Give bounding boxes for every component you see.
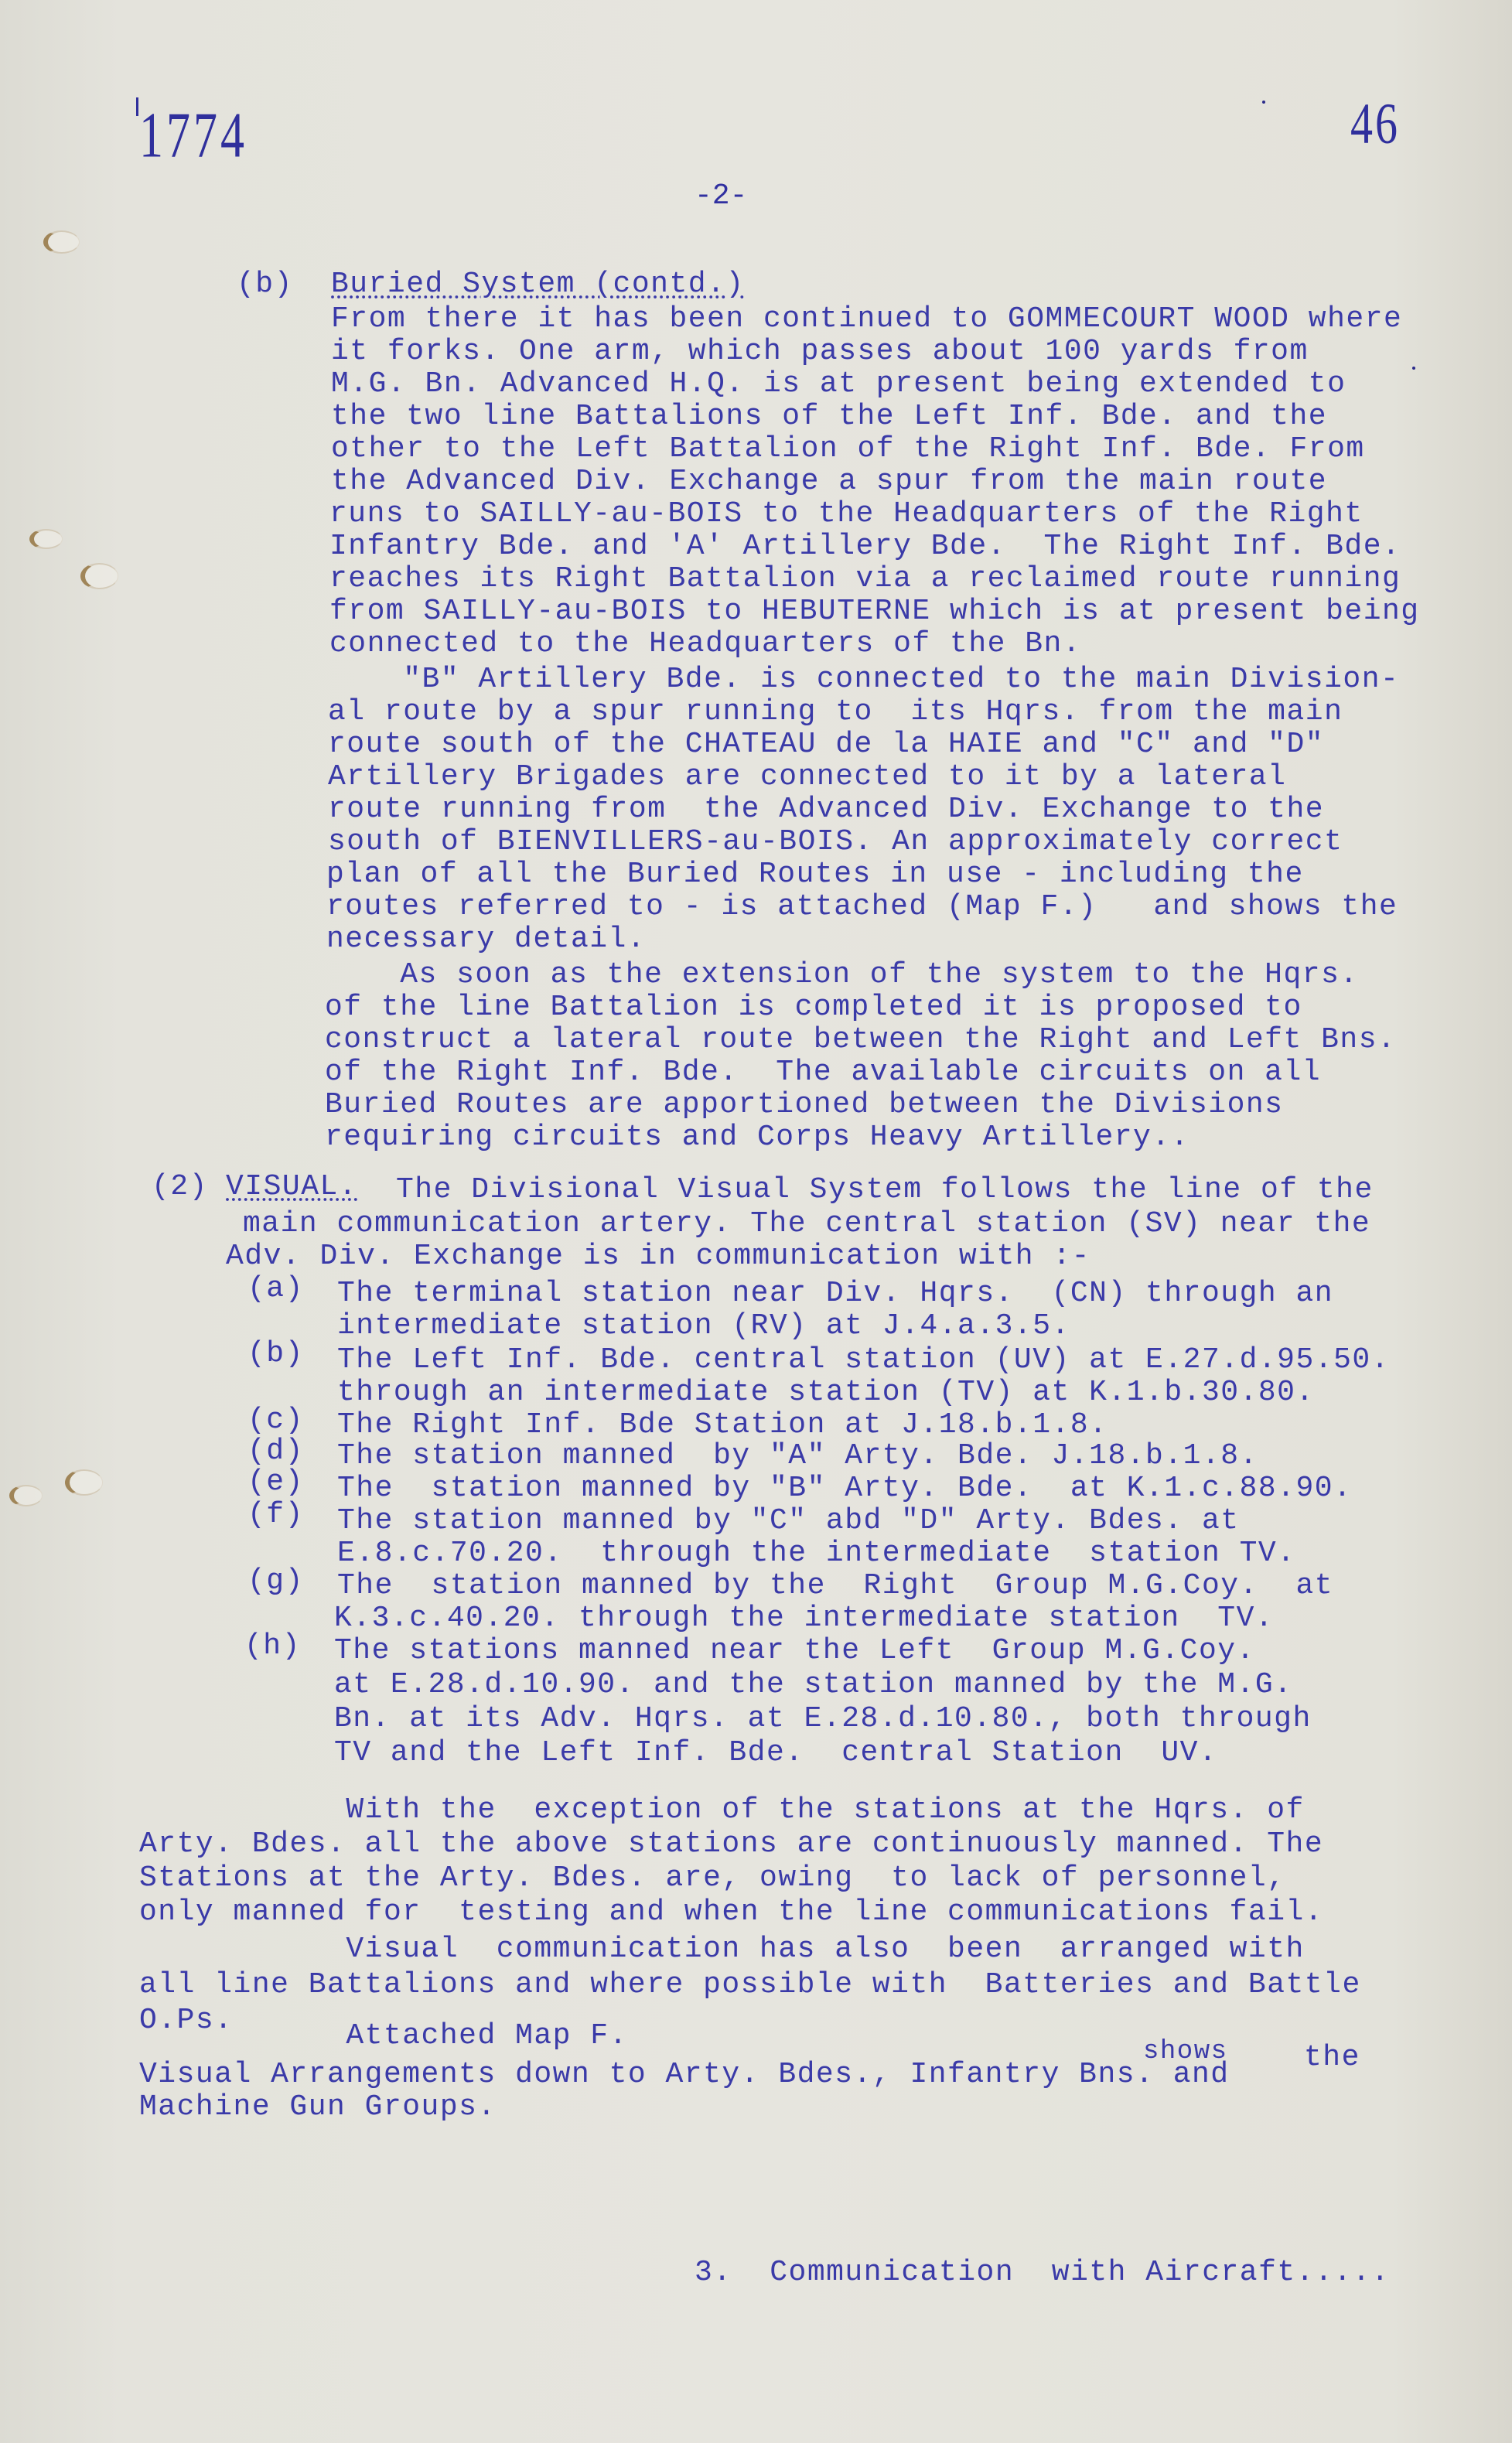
- punch-hole: [29, 529, 63, 549]
- body-line: necessary detail.: [326, 923, 646, 956]
- body-line: the two line Battalions of the Left Inf.…: [331, 401, 1327, 433]
- item-line: The station manned by the Right Group M.…: [337, 1570, 1333, 1602]
- file-number: 1774: [139, 99, 247, 173]
- item-label: (g): [247, 1565, 304, 1598]
- attached-map-line: Attached Map F.: [139, 2020, 628, 2052]
- body-line: from SAILLY-au-BOIS to HEBUTERNE which i…: [329, 595, 1420, 628]
- body-line: of the line Battalion is completed it is…: [325, 991, 1302, 1024]
- body-line: Buried Routes are apportioned between th…: [325, 1089, 1284, 1121]
- body-line: reaches its Right Battalion via a reclai…: [329, 563, 1401, 595]
- file-number-tick: [136, 97, 138, 116]
- body-line: other to the Left Battalion of the Right…: [331, 433, 1365, 466]
- section-2-label: (2): [152, 1171, 208, 1203]
- item-line: The Left Inf. Bde. central station (UV) …: [337, 1344, 1390, 1377]
- body-line: requiring circuits and Corps Heavy Artil…: [325, 1121, 1189, 1154]
- body-line: As soon as the extension of the system t…: [325, 959, 1359, 991]
- ink-dot: [1412, 367, 1415, 370]
- section-b-heading: Buried System (contd.): [331, 268, 745, 301]
- item-line: TV and the Left Inf. Bde. central Statio…: [334, 1737, 1217, 1769]
- body-line: route running from the Advanced Div. Exc…: [328, 793, 1324, 826]
- closing-line: Machine Gun Groups.: [139, 2091, 497, 2124]
- ink-dot: [1262, 101, 1265, 104]
- para-line: Stations at the Arty. Bdes. are, owing t…: [139, 1862, 1286, 1895]
- item-label: (a): [247, 1273, 304, 1305]
- body-line: Infantry Bde. and 'A' Artillery Bde. The…: [329, 531, 1401, 563]
- body-line: connected to the Headquarters of the Bn.: [329, 628, 1081, 660]
- para-line: all line Battalions and where possible w…: [139, 1969, 1361, 2001]
- item-line: The station manned by "B" Arty. Bde. at …: [337, 1472, 1352, 1505]
- para-line: With the exception of the stations at th…: [139, 1794, 1305, 1827]
- punch-hole: [9, 1485, 43, 1506]
- body-line: "B" Artillery Bde. is connected to the m…: [328, 664, 1399, 696]
- item-line: E.8.c.70.20. through the intermediate st…: [337, 1537, 1296, 1570]
- item-label: (f): [247, 1499, 304, 1531]
- body-line: route south of the CHATEAU de la HAIE an…: [328, 728, 1324, 761]
- item-line: Bn. at its Adv. Hqrs. at E.28.d.10.80., …: [334, 1703, 1312, 1735]
- body-line: of the Right Inf. Bde. The available cir…: [325, 1056, 1321, 1089]
- section-2-heading: VISUAL.: [226, 1171, 357, 1203]
- page-marker: -2-: [695, 179, 747, 213]
- para-line: Arty. Bdes. all the above stations are c…: [139, 1828, 1323, 1861]
- item-label: (d): [247, 1435, 304, 1468]
- section-b-label: (b): [237, 268, 293, 301]
- item-label: (c): [247, 1404, 304, 1437]
- punch-hole: [43, 230, 80, 254]
- continuation-line: 3. Communication with Aircraft.....: [695, 2257, 1390, 2289]
- para-line: only manned for testing and when the lin…: [139, 1896, 1323, 1929]
- body-line: Artillery Brigades are connected to it b…: [328, 761, 1287, 793]
- body-line: runs to SAILLY-au-BOIS to the Headquarte…: [329, 498, 1364, 531]
- punch-hole: [65, 1469, 103, 1496]
- item-line: K.3.c.40.20. through the intermediate st…: [334, 1602, 1274, 1635]
- intro-line: Adv. Div. Exchange is in communication w…: [226, 1240, 1090, 1273]
- item-line: intermediate station (RV) at J.4.a.3.5.: [337, 1310, 1070, 1343]
- the-word: the: [1304, 2042, 1360, 2074]
- body-line: the Advanced Div. Exchange a spur from t…: [331, 466, 1327, 498]
- punch-hole: [80, 563, 118, 589]
- body-line: routes referred to - is attached (Map F.…: [326, 891, 1398, 923]
- intro-line: main communication artery. The central s…: [243, 1208, 1370, 1240]
- body-line: plan of all the Buried Routes in use - i…: [326, 858, 1304, 891]
- body-line: south of BIENVILLERS-au-BOIS. An approxi…: [328, 826, 1343, 858]
- item-line: The terminal station near Div. Hqrs. (CN…: [337, 1278, 1333, 1310]
- closing-line: Visual Arrangements down to Arty. Bdes.,…: [139, 2059, 1230, 2091]
- item-line: The Right Inf. Bde Station at J.18.b.1.8…: [337, 1409, 1108, 1442]
- item-line: at E.28.d.10.90. and the station manned …: [334, 1669, 1293, 1701]
- para-line: Visual communication has also been arran…: [139, 1933, 1305, 1966]
- body-line: al route by a spur running to its Hqrs. …: [328, 696, 1343, 728]
- item-label: (b): [247, 1338, 304, 1370]
- item-line: through an intermediate station (TV) at …: [337, 1377, 1315, 1409]
- item-line: The stations manned near the Left Group …: [334, 1635, 1255, 1667]
- section-2-intro: The Divisional Visual System follows the…: [396, 1174, 1374, 1206]
- item-label: (h): [244, 1630, 301, 1663]
- item-label: (e): [247, 1466, 304, 1499]
- body-line: M.G. Bn. Advanced H.Q. is at present bei…: [331, 368, 1346, 401]
- item-line: The station manned by "A" Arty. Bde. J.1…: [337, 1440, 1258, 1472]
- item-line: The station manned by "C" abd "D" Arty. …: [337, 1505, 1240, 1537]
- body-line: construct a lateral route between the Ri…: [325, 1024, 1396, 1056]
- page-number: 46: [1350, 90, 1400, 157]
- body-line: From there it has been continued to GOMM…: [331, 303, 1402, 336]
- body-line: it forks. One arm, which passes about 10…: [331, 336, 1309, 368]
